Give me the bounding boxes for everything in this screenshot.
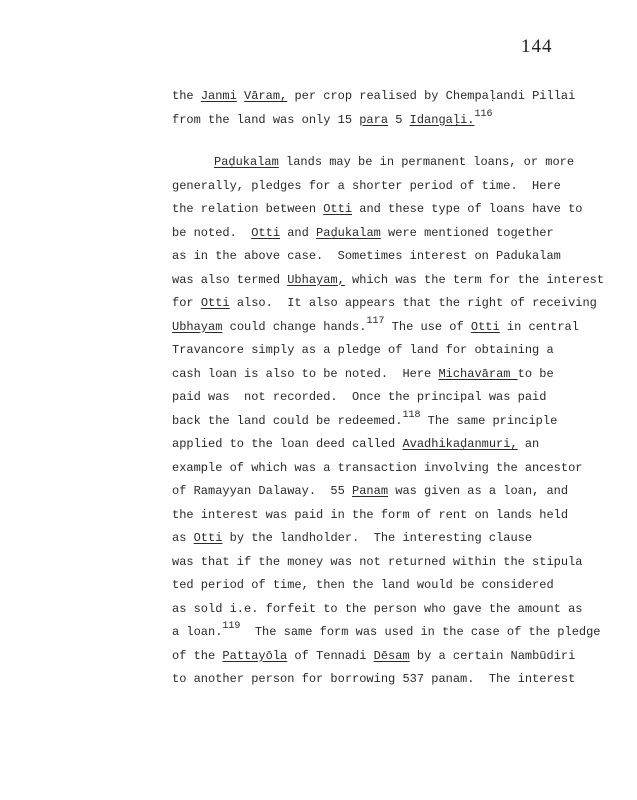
- text-line: the interest was paid in the form of ren…: [172, 504, 632, 528]
- text-run: The same principle: [420, 414, 557, 428]
- text-run: as sold i.e. forfeit to the person who g…: [172, 602, 582, 616]
- text-run: The same form was used in the case of th…: [240, 625, 600, 639]
- text-run: and: [280, 226, 316, 240]
- text-run: example of which was a transaction invol…: [172, 461, 582, 475]
- text-run: was given as a loan, and: [388, 484, 568, 498]
- underlined-term: Otti: [471, 320, 500, 334]
- underlined-term: Otti: [194, 531, 223, 545]
- text-line: of Ramayyan Dalaway. 55 Panam was given …: [172, 480, 632, 504]
- text-run: The use of: [384, 320, 470, 334]
- text-run: a loan.: [172, 625, 222, 639]
- text-line: generally, pledges for a shorter period …: [172, 175, 632, 199]
- text-run: 5: [388, 113, 410, 127]
- text-line: Paḍukalam lands may be in permanent loan…: [172, 151, 632, 175]
- text-run: to be: [518, 367, 554, 381]
- underlined-term: Otti: [201, 296, 230, 310]
- underlined-term: Avadhikaḍanmuri,: [402, 437, 517, 451]
- text-line: as in the above case. Sometimes interest…: [172, 245, 632, 269]
- text-line: Travancore simply as a pledge of land fo…: [172, 339, 632, 363]
- text-run: to another person for borrowing 537 pana…: [172, 672, 575, 686]
- text-run: of Ramayyan Dalaway. 55: [172, 484, 352, 498]
- text-run: paid was not recorded. Once the principa…: [172, 390, 546, 404]
- underlined-term: Dēsam: [374, 649, 410, 663]
- underlined-term: Otti: [251, 226, 280, 240]
- text-run: be noted.: [172, 226, 251, 240]
- text-run: also. It also appears that the right of …: [230, 296, 597, 310]
- text-line: was that if the money was not returned w…: [172, 551, 632, 575]
- text-run: as: [172, 531, 194, 545]
- underlined-term: para: [359, 113, 388, 127]
- text-run: could change hands.: [222, 320, 366, 334]
- text-line: ted period of time, then the land would …: [172, 574, 632, 598]
- footnote-marker: 118: [402, 410, 420, 421]
- text-line: the Janmi Vāram, per crop realised by Ch…: [172, 85, 632, 109]
- text-run: cash loan is also to be noted. Here: [172, 367, 438, 381]
- underlined-term: Pattayōla: [222, 649, 287, 663]
- underlined-term: Idangaḷi.: [410, 113, 475, 127]
- underlined-term: Otti: [323, 202, 352, 216]
- text-run: lands may be in permanent loans, or more: [279, 155, 574, 169]
- text-run: and these type of loans have to: [352, 202, 582, 216]
- text-run: was also termed: [172, 273, 287, 287]
- text-run: back the land could be redeemed.: [172, 414, 402, 428]
- footnote-marker: 116: [474, 109, 492, 120]
- underlined-term: Michavāram: [438, 367, 517, 381]
- text-line: a loan.119 The same form was used in the…: [172, 621, 632, 645]
- underlined-term: Ubhayam: [172, 320, 222, 334]
- text-run: Travancore simply as a pledge of land fo…: [172, 343, 554, 357]
- text-line: of the Pattayōla of Tennadi Dēsam by a c…: [172, 645, 632, 669]
- text-line: as Otti by the landholder. The interesti…: [172, 527, 632, 551]
- underlined-term: Paḍukalam: [214, 155, 279, 169]
- text-run: generally, pledges for a shorter period …: [172, 179, 561, 193]
- text-run: in central: [500, 320, 579, 334]
- text-line: be noted. Otti and Paḍukalam were mentio…: [172, 222, 632, 246]
- page-number: 144: [521, 36, 553, 58]
- text-line: example of which was a transaction invol…: [172, 457, 632, 481]
- text-run: ted period of time, then the land would …: [172, 578, 554, 592]
- text-line: the relation between Otti and these type…: [172, 198, 632, 222]
- underlined-term: Ubhayam,: [287, 273, 345, 287]
- text-run: an: [518, 437, 540, 451]
- body-text: the Janmi Vāram, per crop realised by Ch…: [172, 85, 632, 692]
- text-line: applied to the loan deed called Avadhika…: [172, 433, 632, 457]
- underlined-term: Panam: [352, 484, 388, 498]
- text-line: for Otti also. It also appears that the …: [172, 292, 632, 316]
- underlined-term: Janmi: [201, 89, 237, 103]
- text-run: the: [172, 89, 201, 103]
- text-run: by the landholder. The interesting claus…: [222, 531, 532, 545]
- text-line: back the land could be redeemed.118 The …: [172, 410, 632, 434]
- text-run: of Tennadi: [287, 649, 373, 663]
- text-run: [237, 89, 244, 103]
- document-page: 144 the Janmi Vāram, per crop realised b…: [0, 0, 637, 800]
- text-run: from the land was only 15: [172, 113, 359, 127]
- text-run: of the: [172, 649, 222, 663]
- footnote-marker: 119: [222, 621, 240, 632]
- text-line: Ubhayam could change hands.117 The use o…: [172, 316, 632, 340]
- underlined-term: Paḍukalam: [316, 226, 381, 240]
- text-run: the interest was paid in the form of ren…: [172, 508, 568, 522]
- text-run: per crop realised by Chempaḷandi Pillai: [287, 89, 575, 103]
- text-run: were mentioned together: [381, 226, 554, 240]
- text-run: applied to the loan deed called: [172, 437, 402, 451]
- underlined-term: Vāram,: [244, 89, 287, 103]
- footnote-marker: 117: [366, 316, 384, 327]
- text-line: from the land was only 15 para 5 Idangaḷ…: [172, 109, 632, 133]
- text-run: which was the term for the interest: [345, 273, 604, 287]
- text-line: cash loan is also to be noted. Here Mich…: [172, 363, 632, 387]
- text-line: to another person for borrowing 537 pana…: [172, 668, 632, 692]
- text-run: the relation between: [172, 202, 323, 216]
- text-run: for: [172, 296, 201, 310]
- text-run: as in the above case. Sometimes interest…: [172, 249, 561, 263]
- text-line: was also termed Ubhayam, which was the t…: [172, 269, 632, 293]
- text-run: was that if the money was not returned w…: [172, 555, 582, 569]
- text-line: as sold i.e. forfeit to the person who g…: [172, 598, 632, 622]
- text-run: by a certain Nambūdiri: [410, 649, 576, 663]
- text-line: paid was not recorded. Once the principa…: [172, 386, 632, 410]
